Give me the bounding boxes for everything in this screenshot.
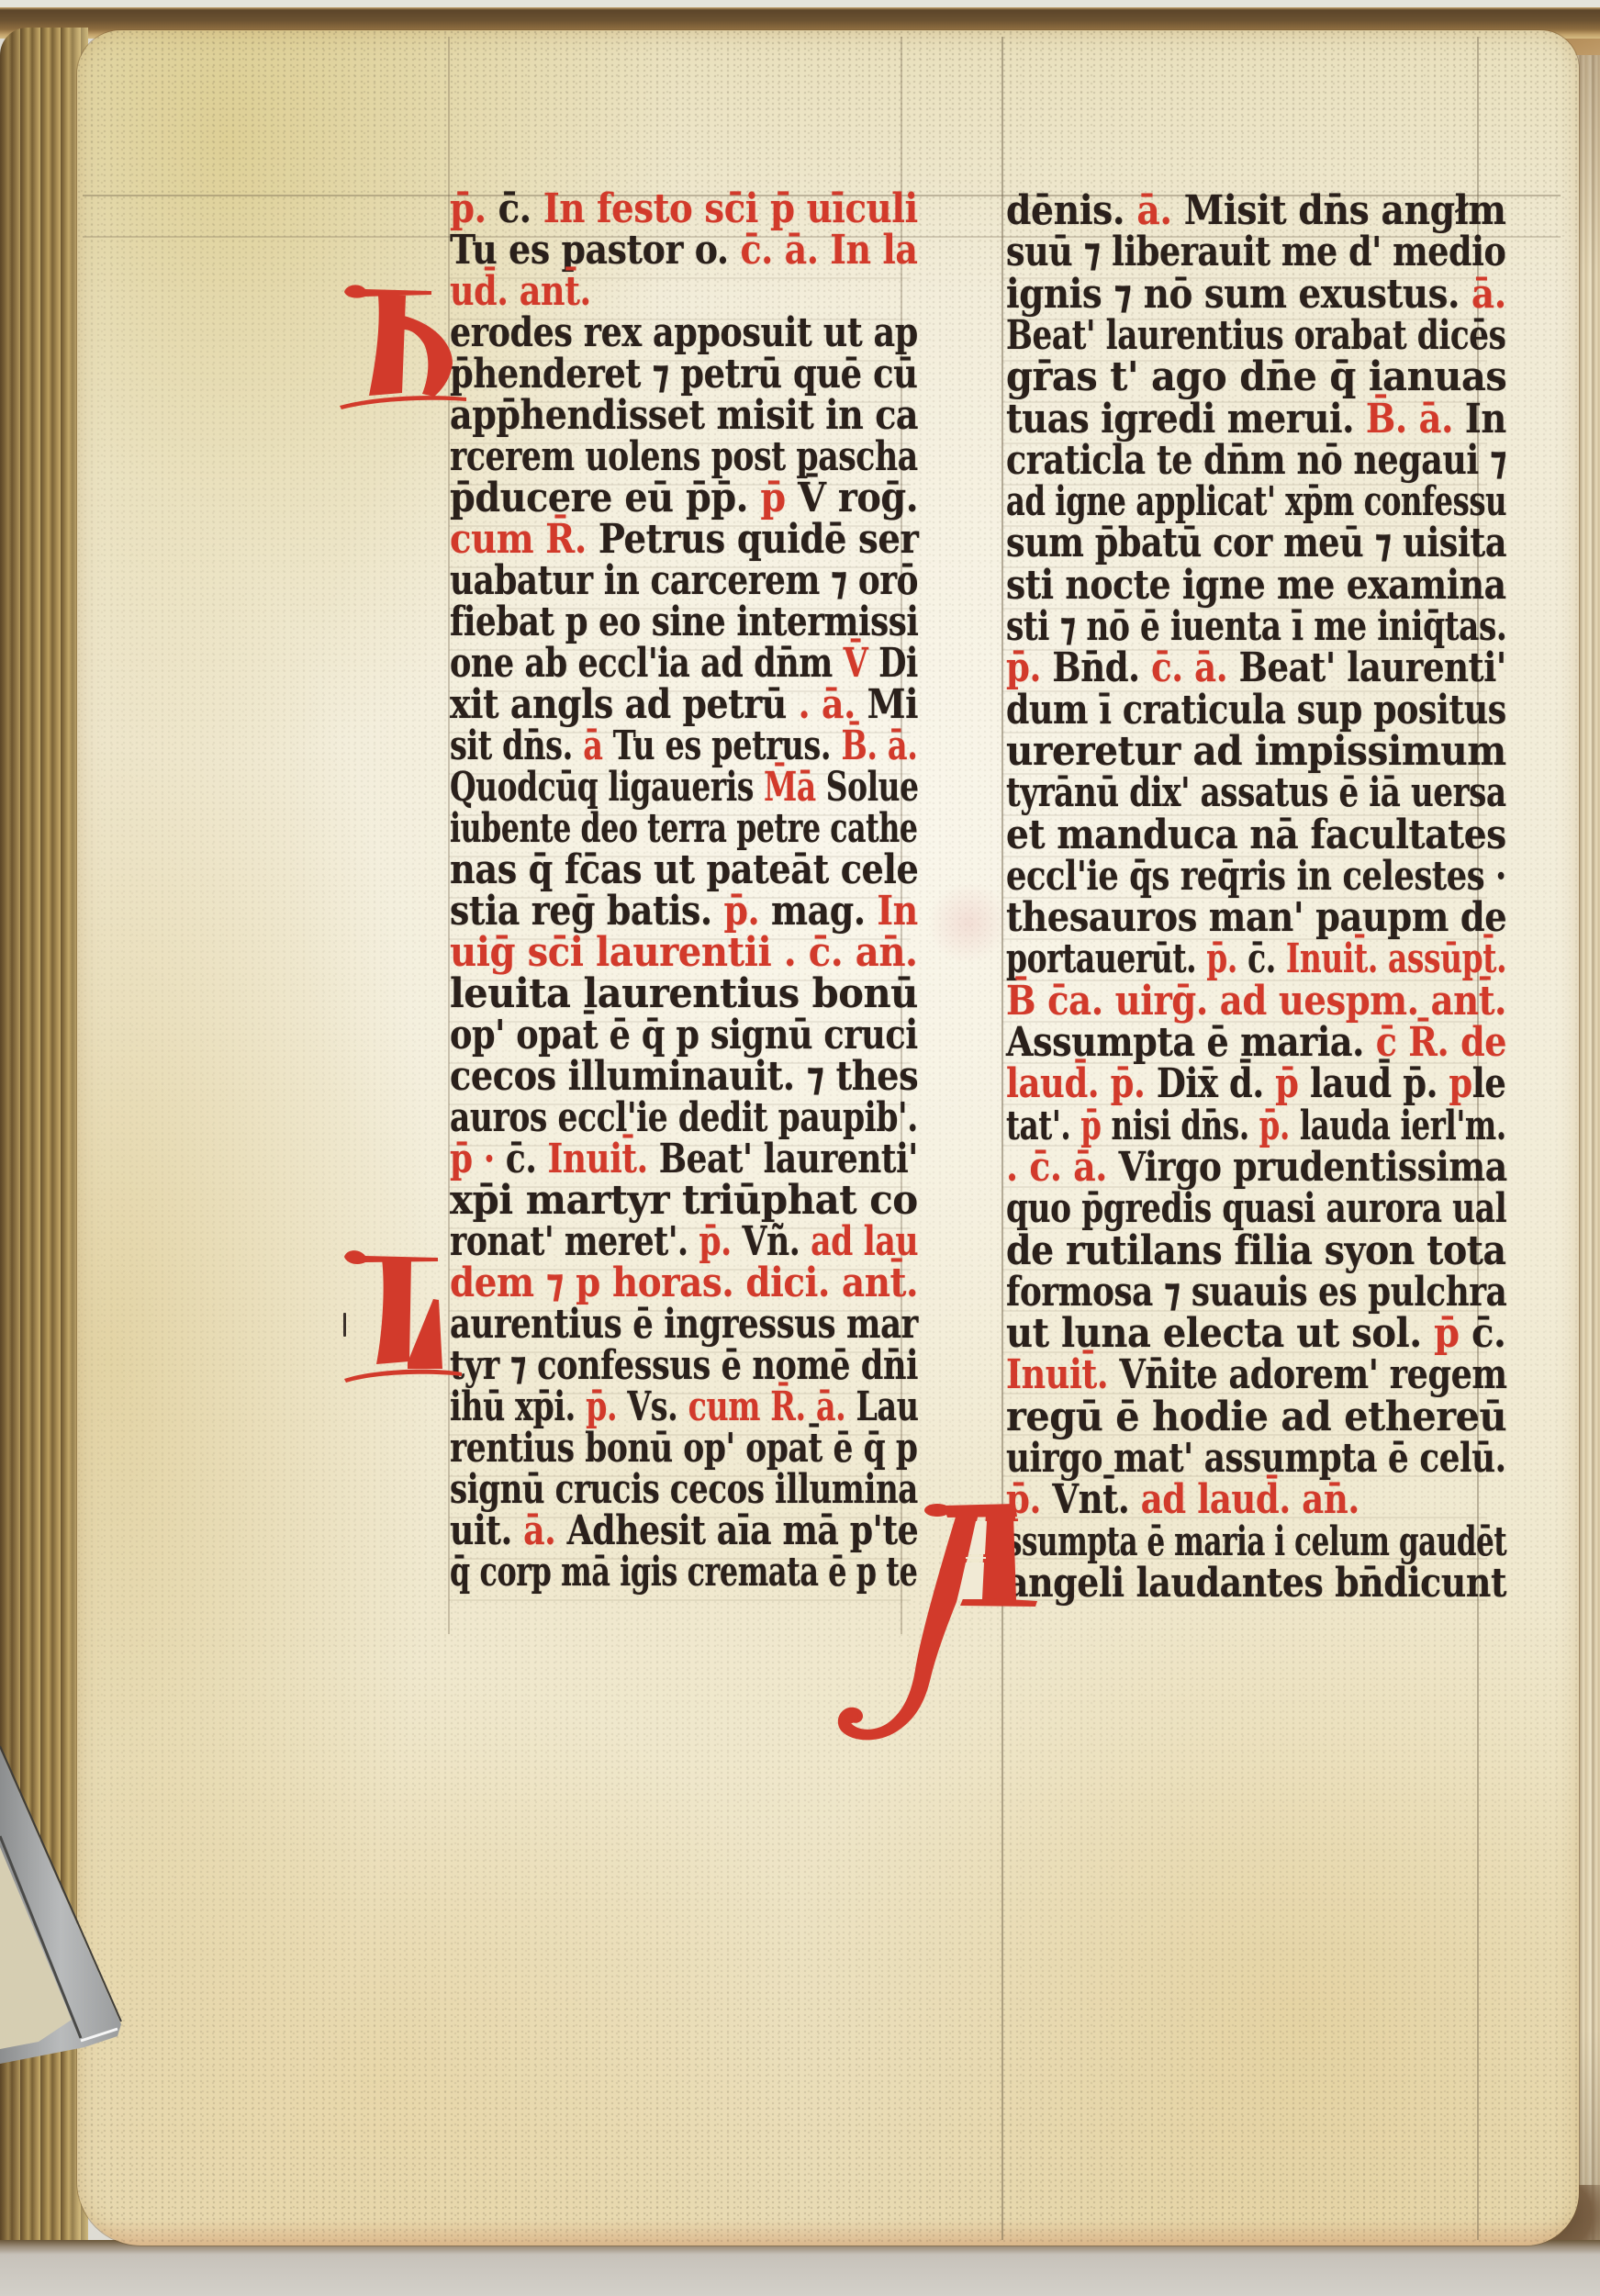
body-text: laud̄ p̄. xyxy=(1310,1060,1449,1107)
body-text: ssumpta ē maria i celum gaudēt xyxy=(1006,1518,1506,1565)
text-line: fiebat p eo sine intermissi xyxy=(450,601,919,643)
rubric-text: p̄ xyxy=(1080,1103,1111,1149)
text-line: Assumpta ē maria. c̄ R̄. de xyxy=(1006,1022,1506,1063)
body-text: angeli laudantes bn̄dicunt xyxy=(1006,1560,1506,1607)
rubric-text: In xyxy=(877,888,917,935)
initial-l xyxy=(340,1244,468,1386)
body-text: dum ī craticula sup positus xyxy=(1006,687,1506,734)
rubric-text: uiḡ sc̄i laurentii . c̄. an̄. xyxy=(450,929,918,976)
metal-clip xyxy=(0,1726,129,2075)
text-line: Inuit̄. Vn̄ite adorem' regem xyxy=(1006,1354,1507,1395)
body-text: c̄. xyxy=(1237,935,1286,982)
rubric-text: Inuit̄. assūpt̄. xyxy=(1286,935,1506,982)
body-text: Vn̄ite adorem' regem xyxy=(1119,1351,1506,1398)
body-text: tat'. xyxy=(1006,1103,1080,1149)
text-line: formosa ⁊ suauis es pulchra xyxy=(1006,1271,1506,1313)
body-text: aurentius ē ingressus mar xyxy=(450,1301,918,1348)
body-text: Virgo prudentissima xyxy=(1119,1144,1507,1191)
body-text: mag. xyxy=(759,888,877,935)
body-text: portauerūt. xyxy=(1006,935,1206,982)
text-line: xp̄i martyr triūphat co xyxy=(450,1180,918,1221)
body-text: Vs. xyxy=(617,1383,688,1430)
body-text: et manduca nā facultates xyxy=(1006,812,1506,858)
body-text: Beat' laurentius orabat dicēs xyxy=(1006,312,1506,359)
text-line: tuas igredi merui. B̄. ā. In xyxy=(1006,398,1506,440)
body-text: uirgo mat' assumpta ē celū. xyxy=(1006,1435,1506,1482)
text-line: . c̄. ā. Virgo prudentissima xyxy=(1006,1147,1507,1188)
body-text: Mi xyxy=(867,681,918,728)
text-line: ud̄. ant̄. xyxy=(450,271,591,312)
body-text: p̄henderet ⁊ petrū quē cū xyxy=(450,351,917,398)
text-line: stia reḡ batis. p̄. mag. In xyxy=(450,890,918,932)
body-text: op' opat̄ ē q̄ p signū cruci xyxy=(450,1012,918,1058)
rubric-text: p̄ xyxy=(760,475,785,521)
body-text: tyr ⁊ confessus ē nomē dn̄i xyxy=(450,1342,918,1389)
text-line: uabatur in carcerem ⁊ orō xyxy=(450,560,918,601)
rubric-text: M̄ā xyxy=(764,764,826,811)
text-line: cum R̄. Petrus quidē ser xyxy=(450,519,918,560)
body-text: thesauros man' paupm de xyxy=(1006,894,1506,941)
body-text: c̄. xyxy=(506,1136,548,1182)
text-line: auros eccl'ie dedit paupib'. xyxy=(450,1097,918,1138)
body-text: ad igne applicat' xp̄m confessu xyxy=(1006,478,1506,525)
text-line: portauerūt. p̄. c̄. Inuit̄. assūpt̄. xyxy=(1006,938,1506,980)
rubric-text: . c̄. ā. xyxy=(1006,1144,1119,1191)
rubric-text: dem ⁊ p horas. dici. ant̄. xyxy=(450,1260,918,1306)
rubric-text: B̄. ā. xyxy=(1366,396,1465,442)
rubric-text: p̄. xyxy=(699,1218,731,1265)
body-text: ut luna electa ut sol. xyxy=(1006,1310,1434,1357)
text-line: p̄henderet ⁊ petrū quē cū xyxy=(450,353,917,395)
text-line: dem ⁊ p horas. dici. ant̄. xyxy=(450,1262,918,1304)
text-line: sit dn̄s. ā Tu es petrus. B̄. ā. xyxy=(450,725,918,767)
text-line: leuita laurentius bonū xyxy=(450,973,918,1014)
body-text: le xyxy=(1472,1060,1506,1107)
body-text: ureretur ad impissimum xyxy=(1006,728,1506,775)
initial-a xyxy=(826,1473,1046,1749)
text-line: Tu es pastor o. c̄. ā. In la xyxy=(450,230,917,271)
body-text: uit. xyxy=(450,1507,523,1554)
body-text: sti ⁊ nō ē iuenta ī me iniq̄tas. xyxy=(1006,603,1507,650)
text-line: quo p̄gredis quasi aurora ual xyxy=(1006,1188,1506,1229)
text-line: app̄hendisset misit in ca xyxy=(450,395,918,436)
stain xyxy=(927,881,1010,964)
body-text: suū ⁊ liberauit me d' medio xyxy=(1006,229,1505,275)
text-line: aurentius ē ingressus mar xyxy=(450,1304,918,1345)
rubric-text: B̄ c̄a. uirḡ. ad uespm. ant̄. xyxy=(1006,978,1506,1025)
body-text: In xyxy=(1465,396,1506,442)
body-text: Dix̄ d̄. xyxy=(1157,1060,1275,1107)
body-text: nas q̄ fc̄as ut pateāt cele xyxy=(450,846,918,893)
rubric-text: ud̄. ant̄. xyxy=(450,268,591,315)
body-text: formosa ⁊ suauis es pulchra xyxy=(1006,1269,1506,1316)
rubric-text: p̄ xyxy=(1434,1310,1459,1357)
body-text: stia reḡ batis. xyxy=(450,888,723,935)
text-line: Quodcūq ligaueris M̄ā Solue xyxy=(450,767,919,808)
body-text: Assumpta ē maria. xyxy=(1006,1019,1376,1066)
text-line: nas q̄ fc̄as ut pateāt cele xyxy=(450,849,918,890)
body-text: cecos illuminauit. ⁊ thes xyxy=(450,1053,918,1100)
body-text: Beat' laurenti' xyxy=(1239,644,1506,691)
text-line: ad igne applicat' xp̄m confessu xyxy=(1006,481,1506,522)
body-text: Vnt̄. xyxy=(1052,1476,1140,1523)
body-text: dēnis. xyxy=(1006,187,1136,234)
text-line: Beat' laurentius orabat dicēs xyxy=(1006,315,1506,356)
text-line: p̄ · c̄. Inuit̄. Beat' laurenti' xyxy=(450,1138,918,1180)
rubric-text: cum R̄. xyxy=(450,516,599,563)
text-line: B̄ c̄a. uirḡ. ad uespm. ant̄. xyxy=(1006,980,1506,1022)
body-text: xp̄i martyr triūphat co xyxy=(450,1177,918,1224)
rubric-text: p xyxy=(1449,1060,1471,1107)
text-line: ut luna electa ut sol. p̄ c̄. xyxy=(1006,1313,1505,1354)
manuscript-photo: p̄. c̄. In festo sc̄i p̄ uīculiTu es pas… xyxy=(0,0,1600,2296)
body-text: Beat' laurenti' xyxy=(659,1136,918,1182)
text-line: eccl'ie q̄s req̄ris in celestes · xyxy=(1006,856,1506,897)
body-text: rentius bonū op' opat̄ ē q̄ p xyxy=(450,1425,917,1472)
body-text: leuita laurentius bonū xyxy=(450,970,918,1017)
text-line: one ab eccl'ia ad dn̄m V̄ Di xyxy=(450,643,918,684)
text-line: regū ē hodie ad ethereū xyxy=(1006,1396,1506,1438)
text-line: rcerem uolens post pascha xyxy=(450,436,918,477)
text-line: p̄. c̄. In festo sc̄i p̄ uīculi xyxy=(450,188,918,230)
rubric-text: In festo sc̄i p̄ uīculi xyxy=(531,185,918,232)
body-text: xit angls ad petrū xyxy=(450,681,799,728)
text-line: ssumpta ē maria i celum gaudēt xyxy=(1006,1521,1506,1562)
text-line: rentius bonū op' opat̄ ē q̄ p xyxy=(450,1428,917,1469)
body-text: Lau xyxy=(856,1383,919,1430)
text-line: laud̄. p̄. Dix̄ d̄. p̄ laud̄ p̄. ple xyxy=(1006,1063,1505,1104)
text-line: dum ī craticula sup positus xyxy=(1006,689,1506,731)
body-text: uabatur in carcerem ⁊ orō xyxy=(450,557,918,604)
text-line: op' opat̄ ē q̄ p signū cruci xyxy=(450,1014,918,1056)
rubric-text: Inuit̄. xyxy=(1006,1351,1119,1398)
text-line: suū ⁊ liberauit me d' medio xyxy=(1006,231,1505,273)
body-text: Quodcūq ligaueris xyxy=(450,764,764,811)
text-line: dēnis. ā. Misit dn̄s angłm xyxy=(1006,190,1505,231)
body-text: tuas igredi merui. xyxy=(1006,396,1366,442)
body-text: tyrānū dix' assatus ē iā uersa xyxy=(1006,769,1506,816)
body-text: eccl'ie q̄s req̄ris in celestes · xyxy=(1006,853,1506,900)
rubric-text: p̄. xyxy=(723,888,759,935)
body-text: app̄hendisset misit in ca xyxy=(450,392,918,439)
body-text: rcerem uolens post pascha xyxy=(450,433,918,480)
body-text: ronat' meret'. xyxy=(450,1218,699,1265)
text-line: tat'. p̄ nisi dn̄s. p̄. lauda ierl'm. xyxy=(1006,1105,1506,1147)
rubric-text: p̄. xyxy=(1206,935,1237,982)
text-line: sti ⁊ nō ē iuenta ī me iniq̄tas. xyxy=(1006,606,1507,647)
body-text: p̄ducere eū p̄p̄. xyxy=(450,475,760,521)
rubric-text: ā. xyxy=(523,1507,567,1554)
body-text: nisi dn̄s. xyxy=(1111,1103,1259,1149)
rubric-text: p̄. xyxy=(450,185,487,232)
background-bottom xyxy=(0,2240,1600,2296)
rubric-text: ad lau xyxy=(811,1218,918,1265)
text-line: ihū xp̄i. p̄. Vs. cum R̄. ā. Lau xyxy=(450,1386,919,1428)
body-text: Misit dn̄s angłm xyxy=(1184,187,1506,234)
body-text: Petrus quidē ser xyxy=(599,516,919,563)
text-line: p̄ducere eū p̄p̄. p̄ V̄ roḡ. xyxy=(450,477,918,519)
rubric-text: c̄. ā. xyxy=(1151,644,1239,691)
body-text: c̄. xyxy=(1460,1310,1506,1357)
body-text: c̄. xyxy=(487,185,531,232)
body-text: V̄ roḡ. xyxy=(786,475,918,521)
rubric-text: ā xyxy=(583,722,613,769)
text-line: de rutilans filia syon tota xyxy=(1006,1230,1506,1271)
body-text: Solue xyxy=(826,764,919,811)
rubric-text: p̄ xyxy=(1275,1060,1310,1107)
body-text: regū ē hodie ad ethereū xyxy=(1006,1394,1506,1440)
body-text: one ab eccl'ia ad dn̄m xyxy=(450,640,844,687)
body-text: Di xyxy=(867,640,918,687)
text-line: xit angls ad petrū . ā. Mi xyxy=(450,684,918,725)
body-text: sum p̄batū cor meū ⁊ uisita xyxy=(1006,520,1506,566)
text-line: iubente deo terra petre cathe xyxy=(450,808,918,849)
rubric-text: laud̄. p̄. xyxy=(1006,1060,1157,1107)
text-line: ronat' meret'. p̄. Vñ. ad lau xyxy=(450,1221,918,1262)
text-line: thesauros man' paupm de xyxy=(1006,897,1506,938)
body-text: Tu es pastor o. xyxy=(450,227,740,274)
text-line: p̄. Bn̄d. c̄. ā. Beat' laurenti' xyxy=(1006,647,1506,689)
rubric-text: B̄. ā. xyxy=(841,722,917,769)
text-line: p̄. Vnt̄. ad laud̄. an̄. xyxy=(1006,1479,1359,1520)
body-text: de rutilans filia syon tota xyxy=(1006,1227,1506,1274)
rubric-text: c̄. ā. In la xyxy=(740,227,917,274)
text-line: gr̄as t' ago dn̄e q̄ ianuas xyxy=(1006,356,1506,398)
rubric-text: cum R̄. ā. xyxy=(688,1383,856,1430)
rubric-text: ā. xyxy=(1471,271,1506,318)
text-line: ureretur ad impissimum xyxy=(1006,731,1506,772)
initial-h xyxy=(340,275,468,413)
text-line: et manduca nā facultates xyxy=(1006,814,1506,856)
text-line: tyr ⁊ confessus ē nomē dn̄i xyxy=(450,1345,918,1386)
rubric-text: p̄. xyxy=(1006,644,1052,691)
rubric-text: ad laud̄. an̄. xyxy=(1141,1476,1359,1523)
rubric-text: ā. xyxy=(1136,187,1183,234)
text-line: sti nocte igne me examina xyxy=(1006,565,1506,606)
rubric-text: p̄ · xyxy=(450,1136,506,1182)
body-text: Vñ. xyxy=(732,1218,811,1265)
rubric-text: V̄ xyxy=(844,640,868,687)
text-line: erodes rex apposuit ut ap xyxy=(450,312,918,353)
body-text: quo p̄gredis quasi aurora ual xyxy=(1006,1185,1506,1232)
body-text: Tu es petrus. xyxy=(613,722,842,769)
text-line: angeli laudantes bn̄dicunt xyxy=(1006,1562,1506,1604)
body-text: fiebat p eo sine intermissi xyxy=(450,599,919,645)
rubric-text: p̄. xyxy=(1259,1103,1300,1149)
body-text: auros eccl'ie dedit paupib'. xyxy=(450,1094,918,1141)
text-line: cecos illuminauit. ⁊ thes xyxy=(450,1056,918,1097)
body-text: sti nocte igne me examina xyxy=(1006,562,1506,609)
body-text: gr̄as t' ago dn̄e q̄ ianuas xyxy=(1006,353,1506,400)
text-line: uiḡ sc̄i laurentii . c̄. an̄. xyxy=(450,932,918,973)
body-text: erodes rex apposuit ut ap xyxy=(450,309,918,356)
body-text: sit dn̄s. xyxy=(450,722,583,769)
rubric-text: . ā. xyxy=(799,681,867,728)
text-line: tyrānū dix' assatus ē iā uersa xyxy=(1006,772,1506,813)
rubric-text: Inuit̄. xyxy=(547,1136,658,1182)
rubric-text: c̄ R̄. de xyxy=(1376,1019,1506,1066)
body-text: Bn̄d. xyxy=(1052,644,1151,691)
body-text: lauda ierl'm. xyxy=(1300,1103,1506,1149)
rubric-text: p̄. xyxy=(586,1383,617,1430)
body-text: ignis ⁊ nō sum exustus. xyxy=(1006,271,1471,318)
body-text: iubente deo terra petre cathe xyxy=(450,805,918,852)
body-text: craticla te dn̄m nō negaui ⁊ xyxy=(1006,437,1506,484)
text-line: craticla te dn̄m nō negaui ⁊ xyxy=(1006,440,1506,481)
text-line: sum p̄batū cor meū ⁊ uisita xyxy=(1006,522,1506,564)
text-line: uirgo mat' assumpta ē celū. xyxy=(1006,1438,1506,1479)
body-text: ihū xp̄i. xyxy=(450,1383,586,1430)
text-line: ignis ⁊ nō sum exustus. ā. xyxy=(1006,274,1506,315)
